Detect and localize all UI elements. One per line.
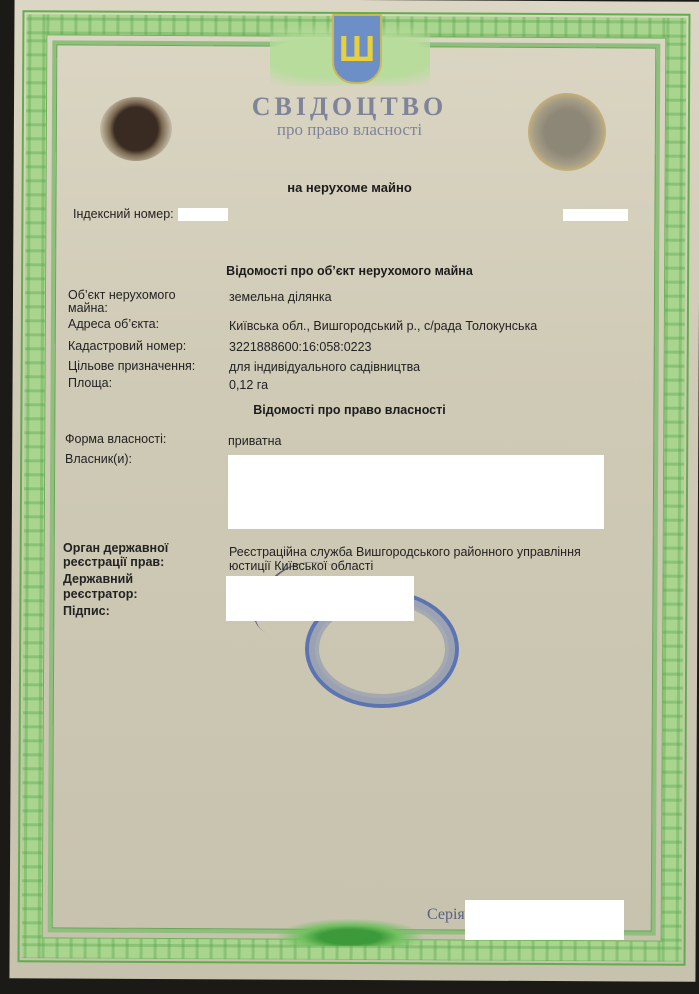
trident-coat-of-arms-icon: Ш bbox=[332, 14, 382, 84]
document-subtitle: про право власності bbox=[0, 120, 699, 140]
registration-authority-label: Орган державної реєстрації прав: bbox=[63, 541, 178, 569]
registrar-redacted bbox=[226, 576, 414, 621]
signature-label: Підпис: bbox=[63, 604, 110, 618]
cadastral-number-value: 3221888600:16:058:0223 bbox=[229, 340, 372, 354]
area-value: 0,12 га bbox=[229, 378, 268, 392]
series-redacted bbox=[465, 900, 624, 940]
address-value: Київська обл., Вишгородський р., с/рада … bbox=[229, 319, 537, 333]
cadastral-number-label: Кадастровий номер: bbox=[68, 339, 186, 353]
object-type-label: Об’єкт нерухомого майна: bbox=[68, 289, 198, 315]
index-number-right-redacted bbox=[563, 209, 628, 221]
purpose-value: для індивідуального садівництва bbox=[229, 360, 420, 374]
ownership-form-label: Форма власності: bbox=[65, 432, 166, 446]
document-type: на нерухоме майно bbox=[0, 180, 699, 195]
object-type-value: земельна ділянка bbox=[229, 290, 332, 304]
index-number-label: Індексний номер: bbox=[73, 207, 174, 221]
address-label: Адреса об’єкта: bbox=[68, 317, 159, 331]
ownership-section-heading: Відомості про право власності bbox=[0, 403, 699, 417]
registrar-label-line1: Державний bbox=[63, 572, 133, 586]
document-title: СВІДОЦТВО bbox=[0, 92, 699, 122]
owners-redacted bbox=[228, 455, 604, 529]
registration-authority-line1: Реєстраційна служба Вишгородського район… bbox=[229, 545, 581, 559]
registration-authority-label-text: Орган державної реєстрації прав: bbox=[63, 541, 178, 569]
ownership-form-value: приватна bbox=[228, 434, 281, 448]
index-number-redacted bbox=[178, 208, 228, 221]
purpose-label: Цільове призначення: bbox=[68, 359, 195, 373]
area-label: Площа: bbox=[68, 376, 112, 390]
owners-label: Власник(и): bbox=[65, 452, 132, 466]
registrar-label-line2: реєстратор: bbox=[63, 587, 138, 601]
object-section-heading: Відомості про об’єкт нерухомого майна bbox=[0, 264, 699, 278]
floral-ornament-bottom bbox=[265, 916, 435, 946]
